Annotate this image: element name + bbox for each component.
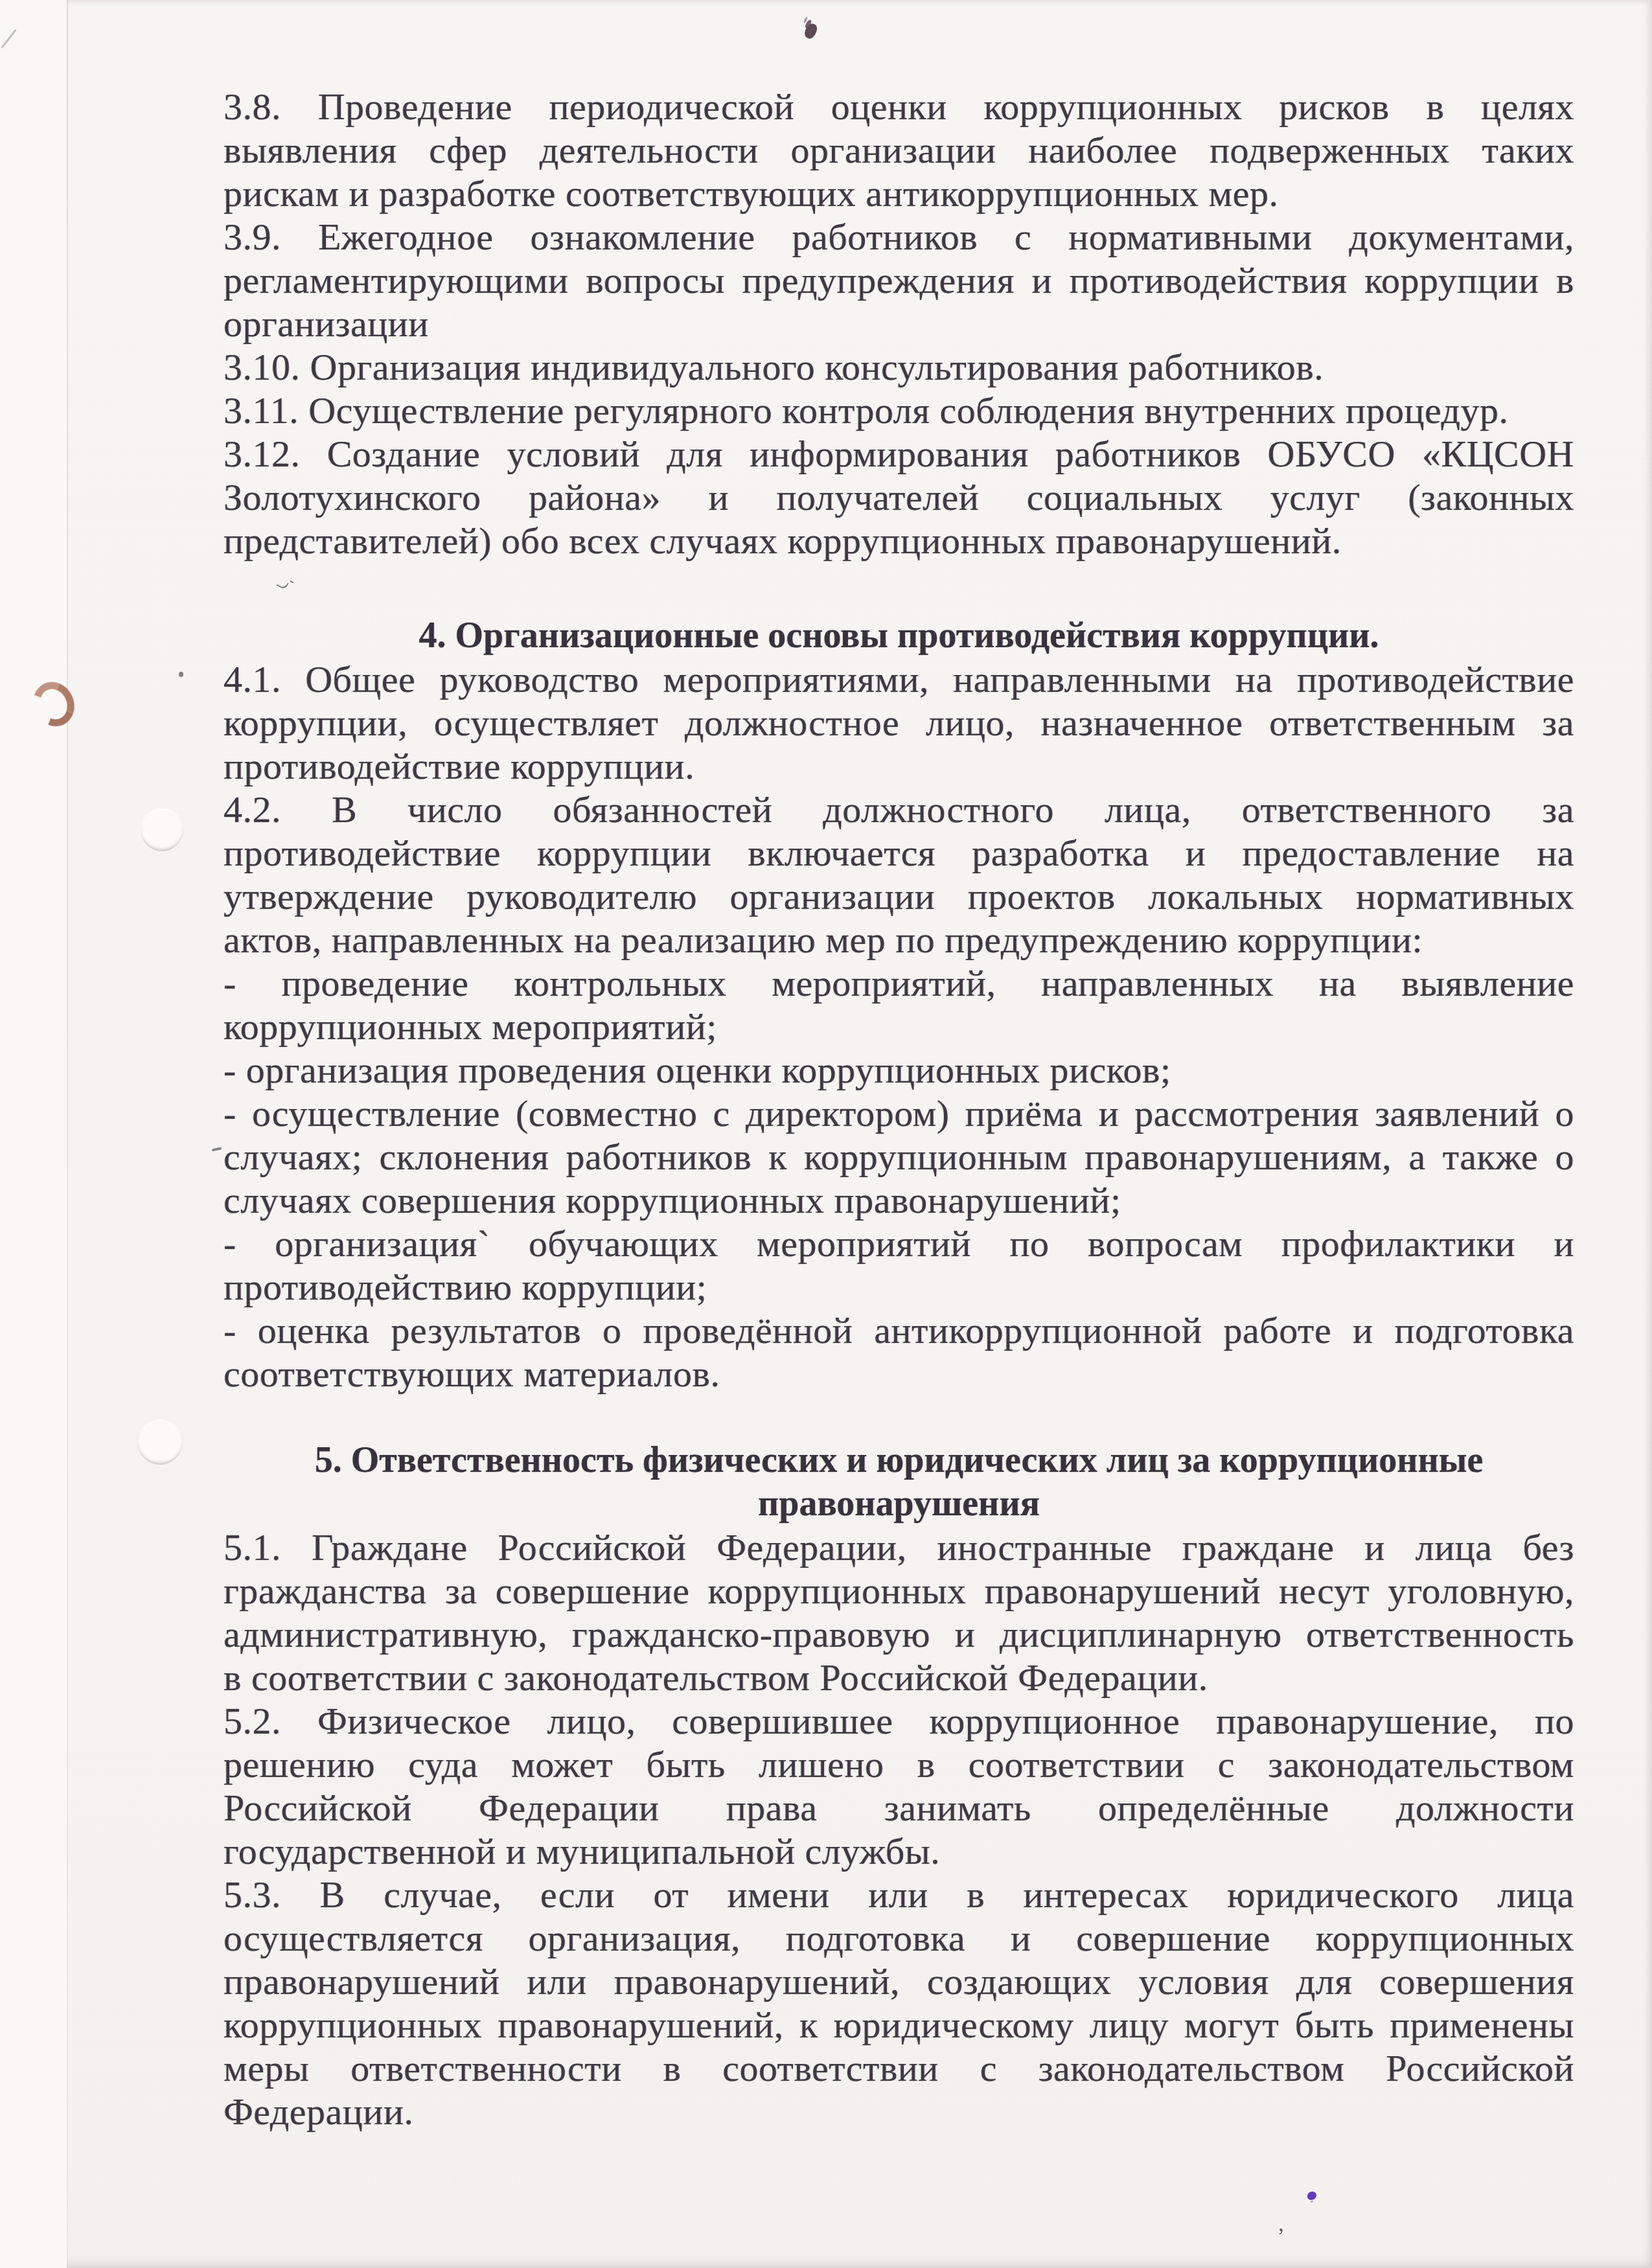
section-5-heading-line-1: 5. Ответственность физических и юридичес… bbox=[224, 1439, 1574, 1482]
list-item-1-line-2: коррупционных мероприятий; bbox=[224, 1005, 1574, 1048]
section-5-heading-line-2: правонарушения bbox=[224, 1482, 1574, 1526]
para-4-2-line-4: актов, направленных на реализацию мер по… bbox=[224, 918, 1574, 961]
para-3-9-line-2: регламентирующими вопросы предупреждения… bbox=[224, 258, 1574, 302]
para-3-9-line-1: 3.9. Ежегодное ознакомление работников с… bbox=[224, 215, 1574, 258]
list-item-5-line-2: соответствующих материалов. bbox=[224, 1352, 1574, 1395]
list-item-1-line-1: - проведение контрольных мероприятий, на… bbox=[224, 961, 1574, 1005]
para-5-1-line-3: административную, гражданско-правовую и … bbox=[224, 1612, 1574, 1656]
para-4-2-line-1: 4.2. В число обязанностей должностного л… bbox=[224, 788, 1574, 831]
para-4-1-line-2: коррупции, осуществляет должностное лицо… bbox=[224, 701, 1574, 744]
punch-hole-impression bbox=[137, 1419, 183, 1465]
list-item-4-line-1: - организация` обучающих мероприятий по … bbox=[224, 1222, 1574, 1265]
para-5-2-line-2: решению суда может быть лишено в соответ… bbox=[224, 1743, 1574, 1786]
gap-before-section-5 bbox=[224, 1395, 1574, 1439]
stray-dash-mark bbox=[212, 1147, 222, 1151]
list-item-5-line-1: - оценка результатов о проведённой антик… bbox=[224, 1309, 1574, 1352]
para-4-2-line-2: противодействие коррупции включается раз… bbox=[224, 831, 1574, 875]
para-3-12-line-2: Золотухинского района» и получателей соц… bbox=[224, 475, 1574, 519]
para-5-3-line-2: осуществляется организация, подготовка и… bbox=[224, 1916, 1574, 1960]
para-5-3-line-5: меры ответственности в соответствии с за… bbox=[224, 2046, 1574, 2090]
ink-speck bbox=[179, 672, 183, 677]
para-3-11-line-1: 3.11. Осуществление регулярного контроля… bbox=[224, 389, 1574, 432]
para-4-1-line-3: противодействие коррупции. bbox=[224, 744, 1574, 788]
scan-left-margin-strip bbox=[0, 0, 67, 2268]
scan-edge-crease-line bbox=[67, 0, 68, 2268]
para-5-2-line-1: 5.2. Физическое лицо, совершившее корруп… bbox=[224, 1699, 1574, 1743]
gap-before-section-4 bbox=[224, 562, 1574, 614]
list-item-3-line-1: - осуществление (совместно с директором)… bbox=[224, 1092, 1574, 1135]
para-5-1-line-1: 5.1. Граждане Российской Федерации, инос… bbox=[224, 1526, 1574, 1569]
para-5-3-line-6: Федерации. bbox=[224, 2090, 1574, 2133]
para-3-10-line-1: 3.10. Организация индивидуального консул… bbox=[224, 345, 1574, 389]
list-item-3-line-2: случаях; склонения работников к коррупци… bbox=[224, 1135, 1574, 1178]
para-4-1-line-1: 4.1. Общее руководство мероприятиями, на… bbox=[224, 658, 1574, 701]
section-4-heading-line-1: 4. Организационные основы противодействи… bbox=[224, 614, 1574, 658]
scanned-page-body: { "page": { "kind": "scanned anti-corrup… bbox=[0, 0, 1652, 2268]
para-5-3-line-4: коррупционных правонарушений, к юридичес… bbox=[224, 2003, 1574, 2046]
list-item-4-line-2: противодействию коррупции; bbox=[224, 1265, 1574, 1309]
document-text-column: 3.8. Проведение периодической оценки кор… bbox=[224, 0, 1574, 2133]
para-5-2-line-3: Российской Федерации права занимать опре… bbox=[224, 1786, 1574, 1829]
para-5-1-line-2: гражданства за совершение коррупционных … bbox=[224, 1569, 1574, 1612]
para-5-1-line-4: в соответствии с законодательством Росси… bbox=[224, 1656, 1574, 1699]
list-item-3-line-3: случаях совершения коррупционных правона… bbox=[224, 1178, 1574, 1222]
ink-dot-bottom bbox=[1307, 2192, 1316, 2200]
para-4-2-line-3: утверждение руководителю организации про… bbox=[224, 875, 1574, 918]
stray-comma-mark: , bbox=[1278, 2210, 1291, 2236]
para-5-3-line-1: 5.3. В случае, если от имени или в интер… bbox=[224, 1873, 1574, 1916]
list-item-2-line-1: - организация проведения оценки коррупци… bbox=[224, 1048, 1574, 1092]
punch-hole-impression bbox=[141, 808, 183, 851]
scanned-document-page: 3.8. Проведение периодической оценки кор… bbox=[0, 0, 1652, 2268]
para-3-12-line-3: представителей) обо всех случаях коррупц… bbox=[224, 519, 1574, 562]
para-3-8-line-2: выявления сфер деятельности организации … bbox=[224, 128, 1574, 172]
para-3-12-line-1: 3.12. Создание условий для информировани… bbox=[224, 432, 1574, 475]
para-3-8-line-3: рискам и разработке соответствующих анти… bbox=[224, 172, 1574, 215]
para-5-3-line-3: правонарушений или правонарушений, созда… bbox=[224, 1960, 1574, 2003]
para-5-2-line-4: государственной и муниципальной службы. bbox=[224, 1829, 1574, 1873]
para-3-8-line-1: 3.8. Проведение периодической оценки кор… bbox=[224, 85, 1574, 128]
para-3-9-line-3: организации bbox=[224, 302, 1574, 345]
